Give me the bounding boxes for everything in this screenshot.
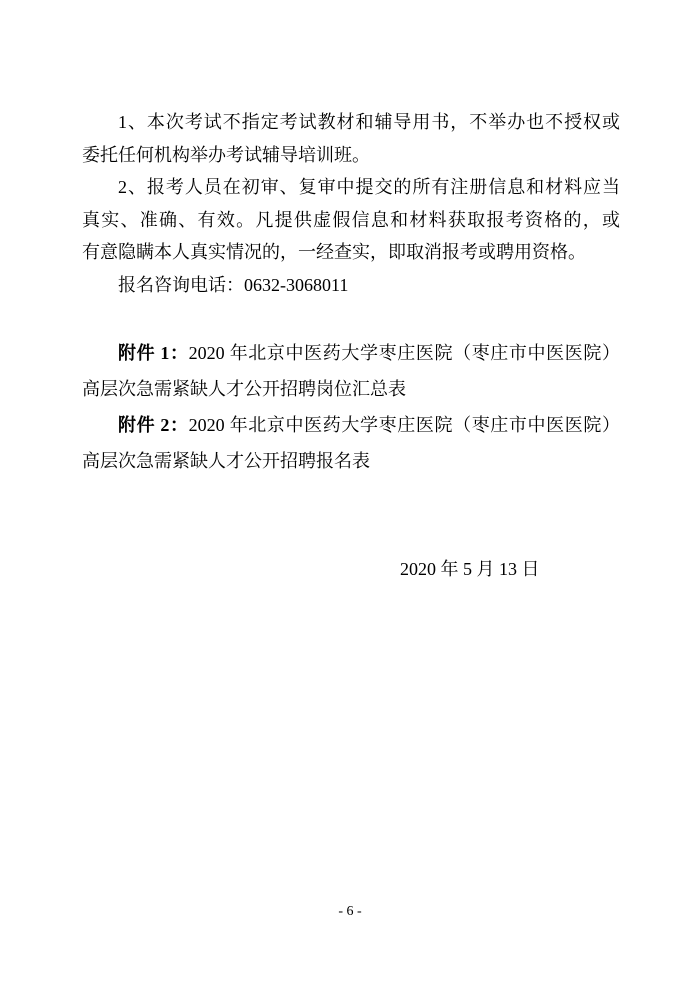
text-line: 2、报考人员在初审、复审中提交的所有注册信息和材料应当 [82,171,620,204]
text-run: 2、报考人员在初审、复审中提交的所有注册信息和材料应当 [118,177,620,197]
text-run: 有意隐瞒本人真实情况的，一经查实，即取消报考或聘用资格。 [82,242,586,262]
document-content: 1、本次考试不指定考试教材和辅导用书，不举办也不授权或委托任何机构举办考试辅导培… [82,106,620,585]
text-run: 2020 年北京中医药大学枣庄医院（枣庄市中医医院） [189,415,620,435]
attachment-2: 附件 2：2020 年北京中医药大学枣庄医院（枣庄市中医医院）高层次急需紧缺人才… [82,407,620,479]
text-line: 附件 1：2020 年北京中医药大学枣庄医院（枣庄市中医医院） [82,335,620,371]
document-date: 2020 年 5 月 13 日 [82,553,620,585]
text-line: 高层次急需紧缺人才公开招聘岗位汇总表 [82,371,620,407]
page-number: - 6 - [338,904,361,919]
text-line: 1、本次考试不指定考试教材和辅导用书，不举办也不授权或 [82,106,620,139]
notice-item-1: 1、本次考试不指定考试教材和辅导用书，不举办也不授权或委托任何机构举办考试辅导培… [82,106,620,171]
document-page: 1、本次考试不指定考试教材和辅导用书，不举办也不授权或委托任何机构举办考试辅导培… [0,0,700,989]
text-line: 报名咨询电话：0632-3068011 [82,269,620,302]
text-run: 委托任何机构举办考试辅导培训班。 [82,145,370,165]
text-run: 高层次急需紧缺人才公开招聘报名表 [82,451,370,471]
document-body: 1、本次考试不指定考试教材和辅导用书，不举办也不授权或委托任何机构举办考试辅导培… [82,106,620,479]
attachment-label: 附件 1： [118,343,189,363]
text-line: 真实、准确、有效。凡提供虚假信息和材料获取报考资格的，或 [82,204,620,237]
attachment-1: 附件 1：2020 年北京中医药大学枣庄医院（枣庄市中医医院）高层次急需紧缺人才… [82,335,620,407]
text-run: 1、本次考试不指定考试教材和辅导用书，不举办也不授权或 [118,112,620,132]
text-line: 高层次急需紧缺人才公开招聘报名表 [82,443,620,479]
attachment-label: 附件 2： [118,415,189,435]
text-run: 2020 年北京中医药大学枣庄医院（枣庄市中医医院） [189,343,620,363]
text-run: 高层次急需紧缺人才公开招聘岗位汇总表 [82,379,406,399]
text-run: 真实、准确、有效。凡提供虚假信息和材料获取报考资格的，或 [82,210,620,230]
text-line: 委托任何机构举办考试辅导培训班。 [82,139,620,172]
text-line: 有意隐瞒本人真实情况的，一经查实，即取消报考或聘用资格。 [82,236,620,269]
text-line: 附件 2：2020 年北京中医药大学枣庄医院（枣庄市中医医院） [82,407,620,443]
contact-phone: 报名咨询电话：0632-3068011 [82,269,620,302]
notice-item-2: 2、报考人员在初审、复审中提交的所有注册信息和材料应当真实、准确、有效。凡提供虚… [82,171,620,269]
page-footer: - 6 - [0,902,700,922]
text-run: 报名咨询电话：0632-3068011 [118,275,348,295]
